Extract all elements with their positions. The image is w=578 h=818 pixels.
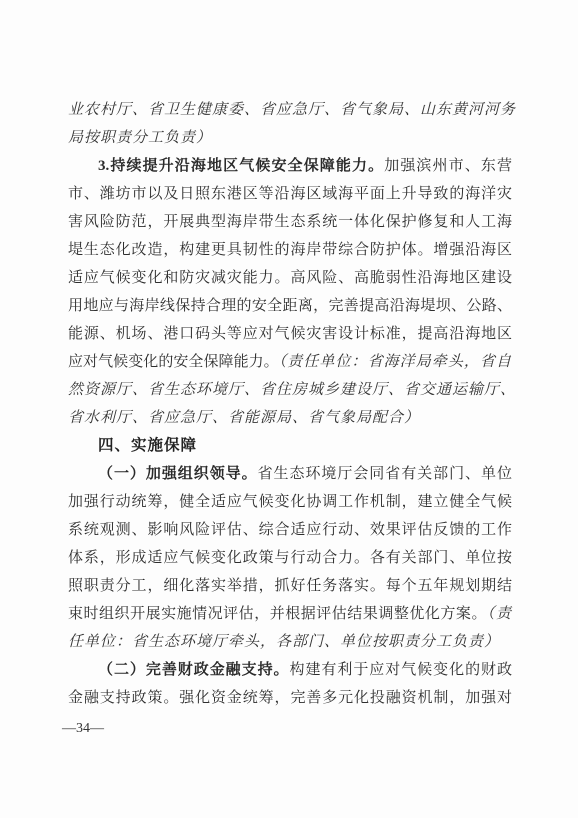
text-line: 体系，形成适应气候变化政策与行动合力。各有关部门、单位按: [68, 544, 512, 572]
text-segment-kaiti: 任单位：省生态环境厅牵头，各部门、单位按职责分工负责）: [68, 634, 500, 650]
text-line: 金融支持政策。强化资金统筹，完善多元化投融资机制，加强对: [68, 684, 512, 712]
text-segment-bold: 3.持续提升沿海地区气候安全保障能力。: [98, 158, 384, 174]
text-segment-body: 构建有利于应对气候变化的财政: [290, 662, 512, 678]
text-line: 局按职责分工负责）: [68, 124, 512, 152]
text-segment-body: 加强行动统筹，健全适应气候变化协调工作机制，建立健全气候: [68, 494, 512, 510]
text-line: 堤生态化改造，构建更具韧性的海岸带综合防护体。增强沿海区: [68, 236, 512, 264]
text-segment-bold: （二）完善财政金融支持。: [98, 662, 290, 678]
text-line: 省水利厅、省应急厅、省能源局、省气象局配合）: [68, 404, 512, 432]
text-line: 害风险防范，开展典型海岸带生态系统一体化保护修复和人工海: [68, 208, 512, 236]
page-number: —34—: [62, 720, 104, 738]
document-page: 业农村厅、省卫生健康委、省应急厅、省气象局、山东黄河河务局按职责分工负责）3.持…: [0, 0, 578, 818]
text-line: 系统观测、影响风险评估、综合适应行动、效果评估反馈的工作: [68, 516, 512, 544]
text-line: 然资源厅、省生态环境厅、省住房城乡建设厅、省交通运输厅、: [68, 376, 512, 404]
text-segment-body: 适应气候变化和防灾减灾能力。高风险、高脆弱性沿海地区建设: [68, 270, 512, 286]
text-segment-body: 应对气候变化的安全保障能力。: [68, 354, 279, 370]
text-segment-body: 照职责分工，细化落实举措，抓好任务落实。每个五年规划期结: [68, 578, 512, 594]
text-segment-body: 市、潍坊市以及日照东港区等沿海区域海平面上升导致的海洋灾: [68, 186, 512, 202]
text-segment-kaiti: （责: [487, 606, 512, 622]
section-heading: 四、实施保障: [68, 432, 512, 460]
text-line: 业农村厅、省卫生健康委、省应急厅、省气象局、山东黄河河务: [68, 96, 512, 124]
text-line: （一）加强组织领导。省生态环境厅会同省有关部门、单位: [68, 460, 512, 488]
text-line: 束时组织开展实施情况评估，并根据评估结果调整优化方案。（责: [68, 600, 512, 628]
text-line: 用地应与海岸线保持合理的安全距离，完善提高沿海堤坝、公路、: [68, 292, 512, 320]
text-line: 3.持续提升沿海地区气候安全保障能力。加强滨州市、东营: [68, 152, 512, 180]
text-segment-body: 加强滨州市、东营: [384, 158, 512, 174]
text-segment-kaiti: （责任单位：省海洋局牵头，省自: [279, 354, 512, 370]
text-line: 市、潍坊市以及日照东港区等沿海区域海平面上升导致的海洋灾: [68, 180, 512, 208]
text-segment-body: 金融支持政策。强化资金统筹，完善多元化投融资机制，加强对: [68, 690, 512, 706]
text-segment-body: 系统观测、影响风险评估、综合适应行动、效果评估反馈的工作: [68, 522, 512, 538]
text-segment-body: 能源、机场、港口码头等应对气候灾害设计标准，提高沿海地区: [68, 326, 512, 342]
text-segment-kaiti: 省水利厅、省应急厅、省能源局、省气象局配合）: [68, 410, 420, 426]
text-segment-kaiti: 局按职责分工负责）: [68, 130, 212, 146]
text-segment-bold: （一）加强组织领导。: [98, 466, 258, 482]
text-segment-body: 用地应与海岸线保持合理的安全距离，完善提高沿海堤坝、公路、: [68, 298, 512, 314]
text-segment-body: 省生态环境厅会同省有关部门、单位: [258, 466, 512, 482]
text-line: 应对气候变化的安全保障能力。（责任单位：省海洋局牵头，省自: [68, 348, 512, 376]
text-line: 加强行动统筹，健全适应气候变化协调工作机制，建立健全气候: [68, 488, 512, 516]
text-segment-kaiti: 业农村厅、省卫生健康委、省应急厅、省气象局、山东黄河河务: [68, 102, 516, 118]
text-segment-heading: 四、实施保障: [98, 437, 197, 454]
text-line: 能源、机场、港口码头等应对气候灾害设计标准，提高沿海地区: [68, 320, 512, 348]
text-line: 照职责分工，细化落实举措，抓好任务落实。每个五年规划期结: [68, 572, 512, 600]
text-segment-kaiti: 然资源厅、省生态环境厅、省住房城乡建设厅、省交通运输厅、: [68, 382, 516, 398]
text-line: 适应气候变化和防灾减灾能力。高风险、高脆弱性沿海地区建设: [68, 264, 512, 292]
document-body: 业农村厅、省卫生健康委、省应急厅、省气象局、山东黄河河务局按职责分工负责）3.持…: [68, 96, 512, 712]
text-segment-body: 体系，形成适应气候变化政策与行动合力。各有关部门、单位按: [68, 550, 512, 566]
text-line: 任单位：省生态环境厅牵头，各部门、单位按职责分工负责）: [68, 628, 512, 656]
text-segment-body: 束时组织开展实施情况评估，并根据评估结果调整优化方案。: [68, 606, 487, 622]
text-segment-body: 堤生态化改造，构建更具韧性的海岸带综合防护体。增强沿海区: [68, 242, 512, 258]
text-segment-body: 害风险防范，开展典型海岸带生态系统一体化保护修复和人工海: [68, 214, 512, 230]
text-line: （二）完善财政金融支持。构建有利于应对气候变化的财政: [68, 656, 512, 684]
